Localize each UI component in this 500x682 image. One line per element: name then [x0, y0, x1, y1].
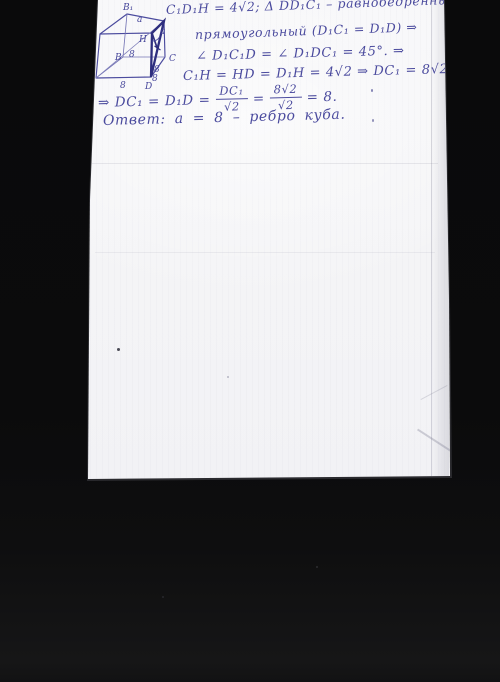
scanned-worksheet-photo: { "scene": { "background_color": "#0b0b0…	[0, 0, 500, 682]
vertex-label-c: C	[169, 54, 176, 64]
line5-equals: =	[253, 90, 265, 106]
edge-label-8-inner: 8	[129, 50, 135, 60]
horizontal-crease	[95, 252, 435, 253]
solution-line-4: C₁H = HD = D₁H = 4√2 ⇒ DC₁ = 8√2	[183, 62, 449, 84]
solution-line-2: прямоугольный (D₁C₁ = D₁D) ⇒	[195, 19, 418, 42]
paper-speck	[227, 376, 229, 378]
paper-speck	[117, 348, 120, 351]
ink-speck	[371, 89, 373, 92]
fraction2-numerator: 8√2	[269, 83, 301, 99]
edge-label-8-near-d: 8	[152, 74, 158, 84]
cube-figure: B₁ A₁ A B C D H a a 8 8 8 8	[86, 0, 178, 98]
solution-line-3: ∠ D₁C₁D = ∠ D₁DC₁ = 45°. ⇒	[196, 44, 405, 64]
vertex-label-b: B	[114, 53, 122, 63]
edge-label-a-top: a	[137, 15, 142, 25]
vertex-label-a1: A₁	[86, 30, 97, 40]
background-speck	[316, 566, 318, 568]
vertex-label-b1: B₁	[122, 3, 133, 13]
ink-speck	[372, 119, 374, 122]
corner-crease	[421, 385, 448, 400]
scan-background: B₁ A₁ A B C D H a a 8 8 8 8 C₁D₁H = 4√2;…	[0, 0, 500, 682]
solution-line-1: C₁D₁H = 4√2; Δ DD₁C₁ – равнобедренный	[166, 0, 458, 17]
line5-prefix: ⇒ DC₁ = D₁D =	[98, 92, 211, 111]
paper-sheet: B₁ A₁ A B C D H a a 8 8 8 8 C₁D₁H = 4√2;…	[0, 0, 500, 682]
fraction1-numerator: DC₁	[215, 84, 248, 100]
edge-label-a-right: a	[160, 27, 165, 37]
background-speck	[162, 596, 164, 598]
point-label-h: H	[138, 35, 147, 45]
line5-result: = 8.	[306, 88, 337, 105]
horizontal-crease	[92, 163, 438, 164]
